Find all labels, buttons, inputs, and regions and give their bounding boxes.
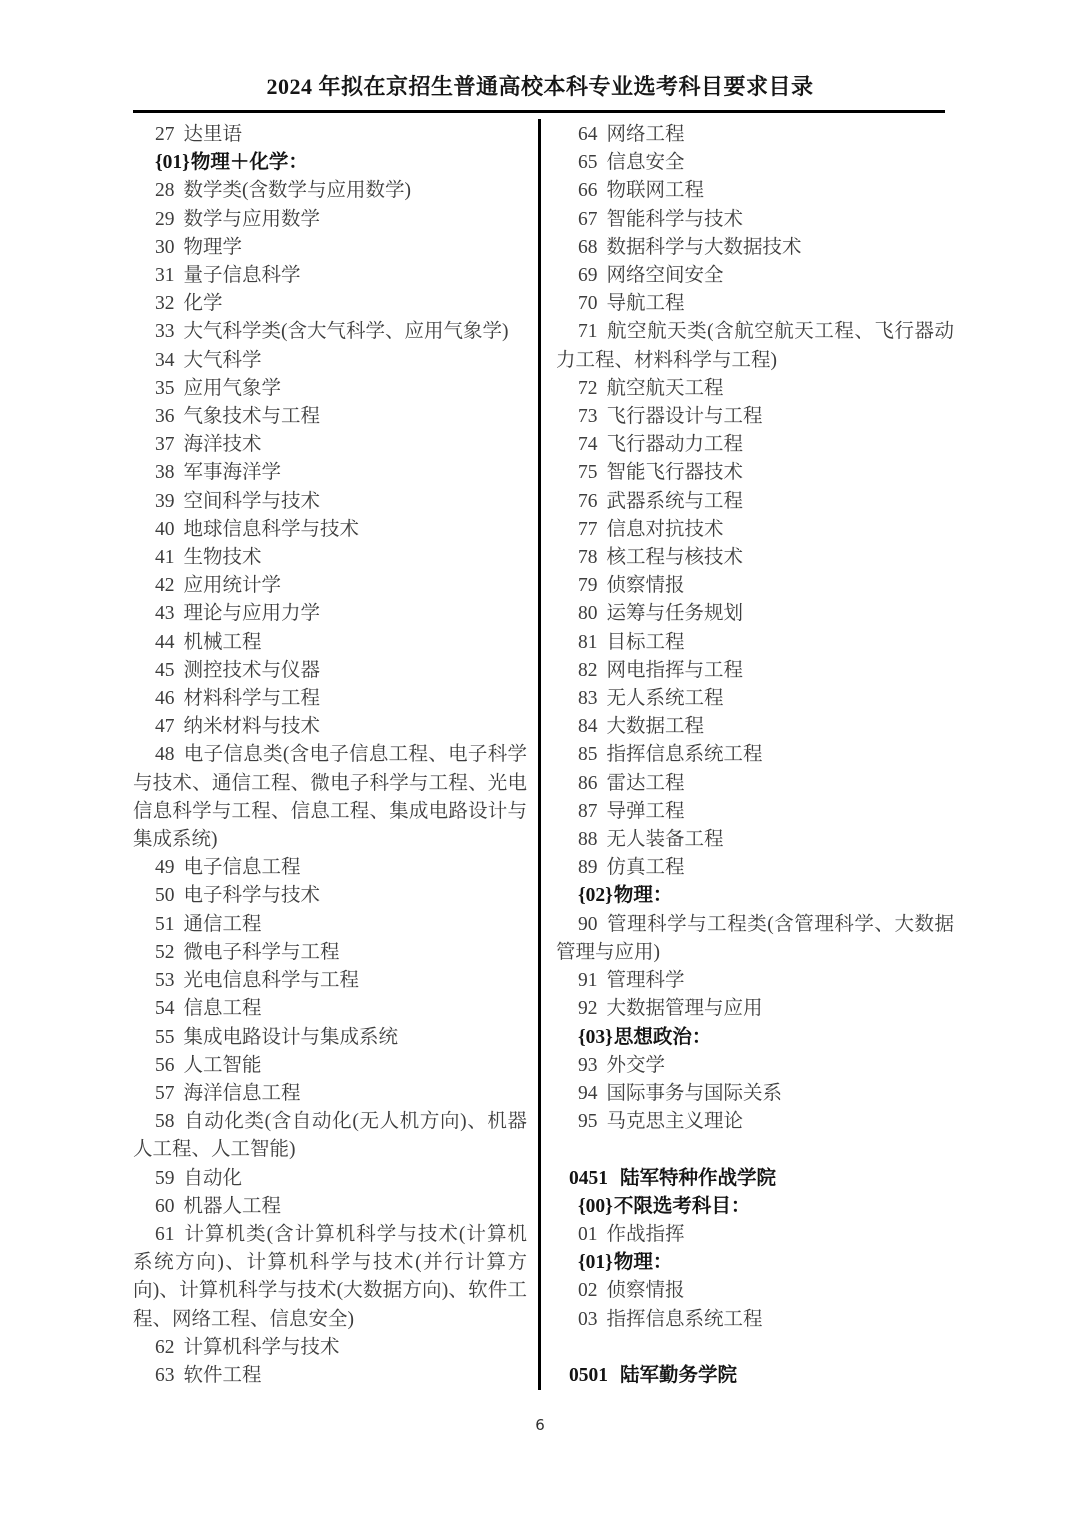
entry-label: 电子信息类(含电子信息工程、电子科学与技术、通信工程、微电子科学与工程、光电信息… <box>133 744 527 850</box>
major-entry: 73飞行器设计与工程 <box>556 403 954 431</box>
entry-label: 材料科学与工程 <box>184 688 321 709</box>
entry-label: 纳米材料与技术 <box>184 716 321 737</box>
entry-number: 46 <box>155 688 175 709</box>
entry-number: 90 <box>578 914 598 935</box>
entry-number: 02 <box>578 1280 598 1301</box>
entry-label: 海洋信息工程 <box>184 1083 301 1104</box>
entry-number: 32 <box>155 293 175 314</box>
blank-line <box>556 1334 954 1362</box>
major-entry: 38军事海洋学 <box>133 459 527 487</box>
major-entry: 84大数据工程 <box>556 713 954 741</box>
major-entry: 90管理科学与工程类(含管理科学、大数据管理与应用) <box>556 911 954 967</box>
entry-label: 思想政治： <box>614 1027 712 1048</box>
major-entry: 30物理学 <box>133 234 527 262</box>
major-entry: 31量子信息科学 <box>133 262 527 290</box>
entry-label: 计算机科学与技术 <box>184 1337 340 1358</box>
entry-label: 核工程与核技术 <box>607 547 744 568</box>
major-entry: 80运筹与任务规划 <box>556 600 954 628</box>
major-entry: 34大气科学 <box>133 347 527 375</box>
entry-label: 网络空间安全 <box>607 265 724 286</box>
entry-label: 作战指挥 <box>607 1224 685 1245</box>
major-entry: 28数学类(含数学与应用数学) <box>133 177 527 205</box>
entry-number: 95 <box>578 1111 598 1132</box>
entry-label: 信息对抗技术 <box>607 519 724 540</box>
entry-label: 气象技术与工程 <box>184 406 321 427</box>
major-entry: 75智能飞行器技术 <box>556 459 954 487</box>
entry-number: 80 <box>578 603 598 624</box>
entry-label: 量子信息科学 <box>184 265 301 286</box>
entry-label: 空间科学与技术 <box>184 491 321 512</box>
entry-label: 生物技术 <box>184 547 262 568</box>
document-page: 2024 年拟在京招生普通高校本科专业选考科目要求目录 27达里语{01}物理＋… <box>0 0 1080 1527</box>
major-entry: 63软件工程 <box>133 1362 527 1390</box>
entry-label: 飞行器设计与工程 <box>607 406 763 427</box>
college-header: 0451陆军特种作战学院 <box>556 1165 954 1193</box>
major-entry: 57海洋信息工程 <box>133 1080 527 1108</box>
entry-number: 60 <box>155 1196 175 1217</box>
major-entry: 01作战指挥 <box>556 1221 954 1249</box>
major-entry: 42应用统计学 <box>133 572 527 600</box>
entry-number: 44 <box>155 632 175 653</box>
major-entry: 52微电子科学与工程 <box>133 939 527 967</box>
entry-label: 数学类(含数学与应用数学) <box>184 180 412 201</box>
entry-number: 75 <box>578 462 598 483</box>
entry-label: 目标工程 <box>607 632 685 653</box>
major-entry: 69网络空间安全 <box>556 262 954 290</box>
entry-label: 大气科学类(含大气科学、应用气象学) <box>184 321 509 342</box>
entry-label: 物理： <box>614 885 673 906</box>
major-entry: 44机械工程 <box>133 629 527 657</box>
entry-label: 航空航天类(含航空航天工程、飞行器动力工程、材料科学与工程) <box>556 321 954 370</box>
major-entry: 51通信工程 <box>133 911 527 939</box>
entry-label: 光电信息科学与工程 <box>184 970 360 991</box>
entry-number: 36 <box>155 406 175 427</box>
major-entry: 77信息对抗技术 <box>556 516 954 544</box>
subject-group-header: {01}物理＋化学： <box>133 149 527 177</box>
entry-number: 86 <box>578 773 598 794</box>
entry-label: 不限选考科目： <box>614 1196 751 1217</box>
major-entry: 66物联网工程 <box>556 177 954 205</box>
entry-number: 40 <box>155 519 175 540</box>
entry-number: 58 <box>155 1111 175 1132</box>
major-entry: 56人工智能 <box>133 1052 527 1080</box>
entry-label: 智能飞行器技术 <box>607 462 744 483</box>
entry-number: 77 <box>578 519 598 540</box>
entry-label: 计算机类(含计算机科学与技术(计算机系统方向)、计算机科学与技术(并行计算方向)… <box>133 1224 527 1330</box>
entry-number: 50 <box>155 885 175 906</box>
entry-number: 43 <box>155 603 175 624</box>
entry-number: 62 <box>155 1337 175 1358</box>
entry-number: 88 <box>578 829 598 850</box>
major-entry: 62计算机科学与技术 <box>133 1334 527 1362</box>
entry-label: 军事海洋学 <box>184 462 282 483</box>
entry-label: 通信工程 <box>184 914 262 935</box>
entry-number: 51 <box>155 914 175 935</box>
major-entry: 91管理科学 <box>556 967 954 995</box>
entry-number: 73 <box>578 406 598 427</box>
major-entry: 32化学 <box>133 290 527 318</box>
entry-number: 93 <box>578 1055 598 1076</box>
entry-label: 地球信息科学与技术 <box>184 519 360 540</box>
entry-label: 人工智能 <box>184 1055 262 1076</box>
entry-label: 物联网工程 <box>607 180 705 201</box>
entry-number: 71 <box>578 321 598 342</box>
column-divider <box>538 119 541 1390</box>
entry-number: 47 <box>155 716 175 737</box>
entry-number: 68 <box>578 237 598 258</box>
major-entry: 65信息安全 <box>556 149 954 177</box>
entry-number: 72 <box>578 378 598 399</box>
entry-number: 45 <box>155 660 175 681</box>
entry-number: 59 <box>155 1168 175 1189</box>
left-column: 27达里语{01}物理＋化学：28数学类(含数学与应用数学)29数学与应用数学3… <box>133 121 527 1390</box>
entry-label: 微电子科学与工程 <box>184 942 340 963</box>
entry-number: 53 <box>155 970 175 991</box>
entry-label: 信息工程 <box>184 998 262 1019</box>
entry-number: 41 <box>155 547 175 568</box>
entry-number: 42 <box>155 575 175 596</box>
major-entry: 39空间科学与技术 <box>133 488 527 516</box>
entry-number: 91 <box>578 970 598 991</box>
entry-number: 82 <box>578 660 598 681</box>
major-entry: 85指挥信息系统工程 <box>556 741 954 769</box>
major-entry: 72航空航天工程 <box>556 375 954 403</box>
entry-label: 侦察情报 <box>607 575 685 596</box>
blank-line <box>556 1136 954 1164</box>
major-entry: 61计算机类(含计算机科学与技术(计算机系统方向)、计算机科学与技术(并行计算方… <box>133 1221 527 1334</box>
major-entry: 41生物技术 <box>133 544 527 572</box>
entry-label: 网电指挥与工程 <box>607 660 744 681</box>
entry-number: 37 <box>155 434 175 455</box>
entry-number: 57 <box>155 1083 175 1104</box>
major-entry: 70导航工程 <box>556 290 954 318</box>
entry-number: 61 <box>155 1224 175 1245</box>
entry-label: 导弹工程 <box>607 801 685 822</box>
major-entry: 87导弹工程 <box>556 798 954 826</box>
major-entry: 50电子科学与技术 <box>133 882 527 910</box>
entry-number: 74 <box>578 434 598 455</box>
major-entry: 67智能科学与技术 <box>556 206 954 234</box>
page-title: 2024 年拟在京招生普通高校本科专业选考科目要求目录 <box>0 70 1080 101</box>
entry-number: 27 <box>155 124 175 145</box>
entry-number: {01} <box>155 152 190 173</box>
entry-number: 66 <box>578 180 598 201</box>
major-entry: 94国际事务与国际关系 <box>556 1080 954 1108</box>
entry-label: 集成电路设计与集成系统 <box>184 1027 399 1048</box>
college-header: 0501陆军勤务学院 <box>556 1362 954 1390</box>
entry-label: 海洋技术 <box>184 434 262 455</box>
entry-label: 大数据工程 <box>607 716 705 737</box>
major-entry: 81目标工程 <box>556 629 954 657</box>
entry-number: 55 <box>155 1027 175 1048</box>
entry-number: 03 <box>578 1309 598 1330</box>
major-entry: 59自动化 <box>133 1165 527 1193</box>
entry-label: 陆军特种作战学院 <box>620 1168 776 1189</box>
entry-label: 飞行器动力工程 <box>607 434 744 455</box>
major-entry: 58自动化类(含自动化(无人机方向)、机器人工程、人工智能) <box>133 1108 527 1164</box>
page-number: 6 <box>0 1416 1080 1434</box>
entry-number: 67 <box>578 209 598 230</box>
right-column: 64网络工程65信息安全66物联网工程67智能科学与技术68数据科学与大数据技术… <box>556 121 954 1390</box>
entry-label: 网络工程 <box>607 124 685 145</box>
major-entry: 93外交学 <box>556 1052 954 1080</box>
major-entry: 35应用气象学 <box>133 375 527 403</box>
entry-number: 78 <box>578 547 598 568</box>
major-entry: 74飞行器动力工程 <box>556 431 954 459</box>
entry-label: 陆军勤务学院 <box>620 1365 737 1386</box>
entry-label: 数据科学与大数据技术 <box>607 237 802 258</box>
entry-number: 94 <box>578 1083 598 1104</box>
entry-label: 大气科学 <box>184 350 262 371</box>
entry-label: 电子科学与技术 <box>184 885 321 906</box>
major-entry: 79侦察情报 <box>556 572 954 600</box>
entry-number: 30 <box>155 237 175 258</box>
entry-label: 国际事务与国际关系 <box>607 1083 783 1104</box>
entry-label: 应用气象学 <box>184 378 282 399</box>
major-entry: 40地球信息科学与技术 <box>133 516 527 544</box>
major-entry: 78核工程与核技术 <box>556 544 954 572</box>
subject-group-header: {01}物理： <box>556 1249 954 1277</box>
entry-label: 自动化 <box>184 1168 243 1189</box>
major-entry: 46材料科学与工程 <box>133 685 527 713</box>
entry-label: 理论与应用力学 <box>184 603 321 624</box>
entry-number: 39 <box>155 491 175 512</box>
major-entry: 88无人装备工程 <box>556 826 954 854</box>
entry-number: 83 <box>578 688 598 709</box>
entry-number: 84 <box>578 716 598 737</box>
major-entry: 71航空航天类(含航空航天工程、飞行器动力工程、材料科学与工程) <box>556 318 954 374</box>
entry-number: 38 <box>155 462 175 483</box>
entry-label: 马克思主义理论 <box>607 1111 744 1132</box>
entry-number: 64 <box>578 124 598 145</box>
entry-number: 54 <box>155 998 175 1019</box>
major-entry: 68数据科学与大数据技术 <box>556 234 954 262</box>
entry-label: 侦察情报 <box>607 1280 685 1301</box>
major-entry: 83无人系统工程 <box>556 685 954 713</box>
entry-label: 智能科学与技术 <box>607 209 744 230</box>
entry-number: {03} <box>578 1027 613 1048</box>
major-entry: 49电子信息工程 <box>133 854 527 882</box>
entry-number: 70 <box>578 293 598 314</box>
major-entry: 76武器系统与工程 <box>556 488 954 516</box>
entry-label: 运筹与任务规划 <box>607 603 744 624</box>
major-entry: 37海洋技术 <box>133 431 527 459</box>
major-entry: 82网电指挥与工程 <box>556 657 954 685</box>
entry-number: 35 <box>155 378 175 399</box>
entry-number: 28 <box>155 180 175 201</box>
entry-number: 81 <box>578 632 598 653</box>
entry-label: 物理： <box>614 1252 673 1273</box>
entry-number: 01 <box>578 1224 598 1245</box>
entry-number: 33 <box>155 321 175 342</box>
major-entry: 55集成电路设计与集成系统 <box>133 1024 527 1052</box>
entry-label: 物理＋化学： <box>191 152 308 173</box>
entry-number: {02} <box>578 885 613 906</box>
entry-number: 89 <box>578 857 598 878</box>
entry-label: 物理学 <box>184 237 243 258</box>
subject-group-header: {03}思想政治： <box>556 1024 954 1052</box>
entry-number: 63 <box>155 1365 175 1386</box>
entry-label: 武器系统与工程 <box>607 491 744 512</box>
entry-number: 87 <box>578 801 598 822</box>
entry-number: {00} <box>578 1196 613 1217</box>
entry-label: 指挥信息系统工程 <box>607 744 763 765</box>
entry-label: 指挥信息系统工程 <box>607 1309 763 1330</box>
entry-number: 92 <box>578 998 598 1019</box>
entry-label: 仿真工程 <box>607 857 685 878</box>
entry-number: 56 <box>155 1055 175 1076</box>
entry-number: 52 <box>155 942 175 963</box>
subject-group-header: {00}不限选考科目： <box>556 1193 954 1221</box>
entry-number: 34 <box>155 350 175 371</box>
entry-number: 31 <box>155 265 175 286</box>
major-entry: 60机器人工程 <box>133 1193 527 1221</box>
entry-number: 0451 <box>569 1168 608 1189</box>
major-entry: 33大气科学类(含大气科学、应用气象学) <box>133 318 527 346</box>
major-entry: 64网络工程 <box>556 121 954 149</box>
entry-number: 85 <box>578 744 598 765</box>
major-entry: 29数学与应用数学 <box>133 206 527 234</box>
entry-label: 软件工程 <box>184 1365 262 1386</box>
major-entry: 54信息工程 <box>133 995 527 1023</box>
entry-label: 化学 <box>184 293 223 314</box>
major-entry: 02侦察情报 <box>556 1277 954 1305</box>
entry-label: 无人系统工程 <box>607 688 724 709</box>
entry-label: 无人装备工程 <box>607 829 724 850</box>
entry-label: 管理科学 <box>607 970 685 991</box>
major-entry: 45测控技术与仪器 <box>133 657 527 685</box>
entry-number: 69 <box>578 265 598 286</box>
entry-label: 外交学 <box>607 1055 666 1076</box>
major-entry: 86雷达工程 <box>556 770 954 798</box>
entry-label: 自动化类(含自动化(无人机方向)、机器人工程、人工智能) <box>133 1111 527 1160</box>
entry-number: 0501 <box>569 1365 608 1386</box>
entry-number: 29 <box>155 209 175 230</box>
entry-label: 导航工程 <box>607 293 685 314</box>
entry-label: 达里语 <box>184 124 243 145</box>
entry-label: 管理科学与工程类(含管理科学、大数据管理与应用) <box>556 914 954 963</box>
entry-number: 48 <box>155 744 175 765</box>
major-entry: 95马克思主义理论 <box>556 1108 954 1136</box>
major-entry: 36气象技术与工程 <box>133 403 527 431</box>
entry-label: 信息安全 <box>607 152 685 173</box>
header-rule <box>133 110 945 113</box>
entry-number: 49 <box>155 857 175 878</box>
entry-label: 应用统计学 <box>184 575 282 596</box>
entry-label: 电子信息工程 <box>184 857 301 878</box>
major-entry: 03指挥信息系统工程 <box>556 1306 954 1334</box>
entry-label: 机械工程 <box>184 632 262 653</box>
entry-label: 测控技术与仪器 <box>184 660 321 681</box>
major-entry: 92大数据管理与应用 <box>556 995 954 1023</box>
entry-number: 79 <box>578 575 598 596</box>
entry-label: 航空航天工程 <box>607 378 724 399</box>
entry-number: 65 <box>578 152 598 173</box>
entry-label: 数学与应用数学 <box>184 209 321 230</box>
entry-number: 76 <box>578 491 598 512</box>
major-entry: 53光电信息科学与工程 <box>133 967 527 995</box>
major-entry: 47纳米材料与技术 <box>133 713 527 741</box>
entry-label: 大数据管理与应用 <box>607 998 763 1019</box>
major-entry: 89仿真工程 <box>556 854 954 882</box>
major-entry: 43理论与应用力学 <box>133 600 527 628</box>
subject-group-header: {02}物理： <box>556 882 954 910</box>
entry-number: {01} <box>578 1252 613 1273</box>
entry-label: 雷达工程 <box>607 773 685 794</box>
major-entry: 27达里语 <box>133 121 527 149</box>
major-entry: 48电子信息类(含电子信息工程、电子科学与技术、通信工程、微电子科学与工程、光电… <box>133 741 527 854</box>
entry-label: 机器人工程 <box>184 1196 282 1217</box>
